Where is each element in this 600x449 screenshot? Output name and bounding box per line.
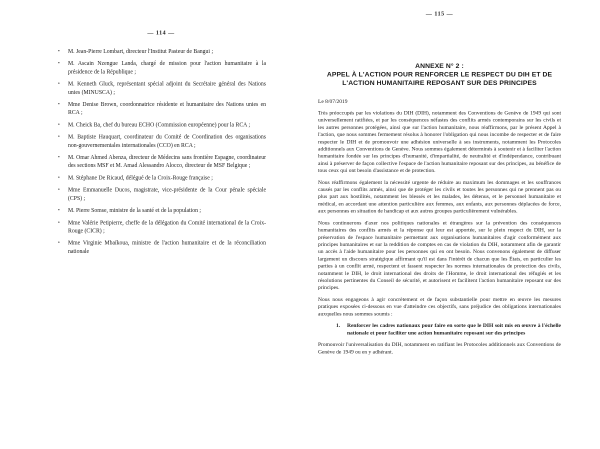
paragraph: Nous continuerons d'axer nos politiques … [318,219,561,291]
list-item: •Mme Denise Brown, coordonnatrice réside… [56,101,266,117]
list-item-text: Mme Denise Brown, coordonnatrice résiden… [68,102,266,116]
list-item: •M. Pierre Somse, ministre de la santé e… [56,207,266,215]
bullet-icon: • [58,219,60,227]
list-item-text: M. Kenneth Gluck, représentant spécial a… [68,81,266,95]
closing-paragraph: Promouvoir l'universalisation du DIH, no… [318,341,561,355]
date-line: Le 8/07/2019 [318,98,561,105]
bullet-icon: • [58,133,60,141]
bullet-icon: • [58,186,60,194]
bullet-icon: • [58,48,60,56]
list-item: •M. Omar Ahmed Abenza, directeur de Méde… [56,154,266,170]
paragraph: Très préoccupés par les violations du DI… [318,110,561,175]
list-item: •M. Jean-Pierre Lombart, directeur l'Ins… [56,48,266,56]
list-item-text: Mme Emmanuelle Ducos, magistrate, vice-p… [68,187,266,201]
attendee-list: •M. Jean-Pierre Lombart, directeur l'Ins… [56,48,266,256]
paragraph: Nous nous engageons à agir concrètement … [318,296,561,318]
bullet-icon: • [58,154,60,162]
list-item: •M. Stéphane De Ricaud, délégué de la Cr… [56,174,266,182]
page-number-right: — 115 — [318,10,561,18]
list-item: •Mme Valérie Petipierre, cheffe de la dé… [56,219,266,235]
annex-title-line: L'ACTION HUMANITAIRE REPOSANT SUR DES PR… [318,79,561,88]
list-item-text: M. Cheick Ba, chef du bureau ECHO (Commi… [68,122,250,128]
bullet-icon: • [58,239,60,247]
list-item-text: M. Omar Ahmed Abenza, directeur de Médec… [68,155,266,169]
list-item: •Mme Emmanuelle Ducos, magistrate, vice-… [56,186,266,202]
bullet-icon: • [58,121,60,129]
page-number-left: — 114 — [56,29,266,37]
annex-title: ANNEXE N° 2 : APPEL À L'ACTION POUR RENF… [318,62,561,88]
page-115: — 115 — ANNEXE N° 2 : APPEL À L'ACTION P… [318,10,561,360]
bullet-icon: • [58,101,60,109]
list-item: •M. Kenneth Gluck, représentant spécial … [56,80,266,96]
annex-title-line: APPEL À L'ACTION POUR RENFORCER LE RESPE… [318,70,561,79]
bullet-icon: • [58,174,60,182]
annex-title-line: ANNEXE N° 2 : [318,62,561,71]
list-item: •M. Ascain Nzengue Landa, chargé de miss… [56,60,266,76]
paragraph: Nous réaffirmons également la nécessité … [318,179,561,215]
bullet-icon: • [58,60,60,68]
numbered-measure-text: Renforcer les cadres nationaux pour fair… [347,322,561,335]
page-114: — 114 — •M. Jean-Pierre Lombart, directe… [56,29,266,260]
bullet-icon: • [58,207,60,215]
document-spread: — 114 — •M. Jean-Pierre Lombart, directe… [0,0,600,449]
list-item-text: M. Ascain Nzengue Landa, chargé de missi… [68,61,266,75]
bullet-icon: • [58,80,60,88]
list-item: •Mme Virginie Mbaïkoua, ministre de l'ac… [56,239,266,255]
list-item-text: M. Baptiste Hauquart, coordinateur du Co… [68,134,266,148]
list-item-text: M. Stéphane De Ricaud, délégué de la Cro… [68,175,213,181]
list-item-text: Mme Valérie Petipierre, cheffe de la dél… [68,220,266,234]
scan-surface: — 114 — •M. Jean-Pierre Lombart, directe… [0,0,600,449]
list-item-text: M. Pierre Somse, ministre de la santé et… [68,208,201,214]
list-item: •M. Cheick Ba, chef du bureau ECHO (Comm… [56,121,266,129]
numbered-measure-1: 1. Renforcer les cadres nationaux pour f… [318,322,561,337]
list-item-text: Mme Virginie Mbaïkoua, ministre de l'act… [68,240,266,254]
list-item: •M. Baptiste Hauquart, coordinateur du C… [56,133,266,149]
list-item-text: M. Jean-Pierre Lombart, directeur l'Inst… [68,49,213,55]
numbered-measure-index: 1. [336,322,340,329]
